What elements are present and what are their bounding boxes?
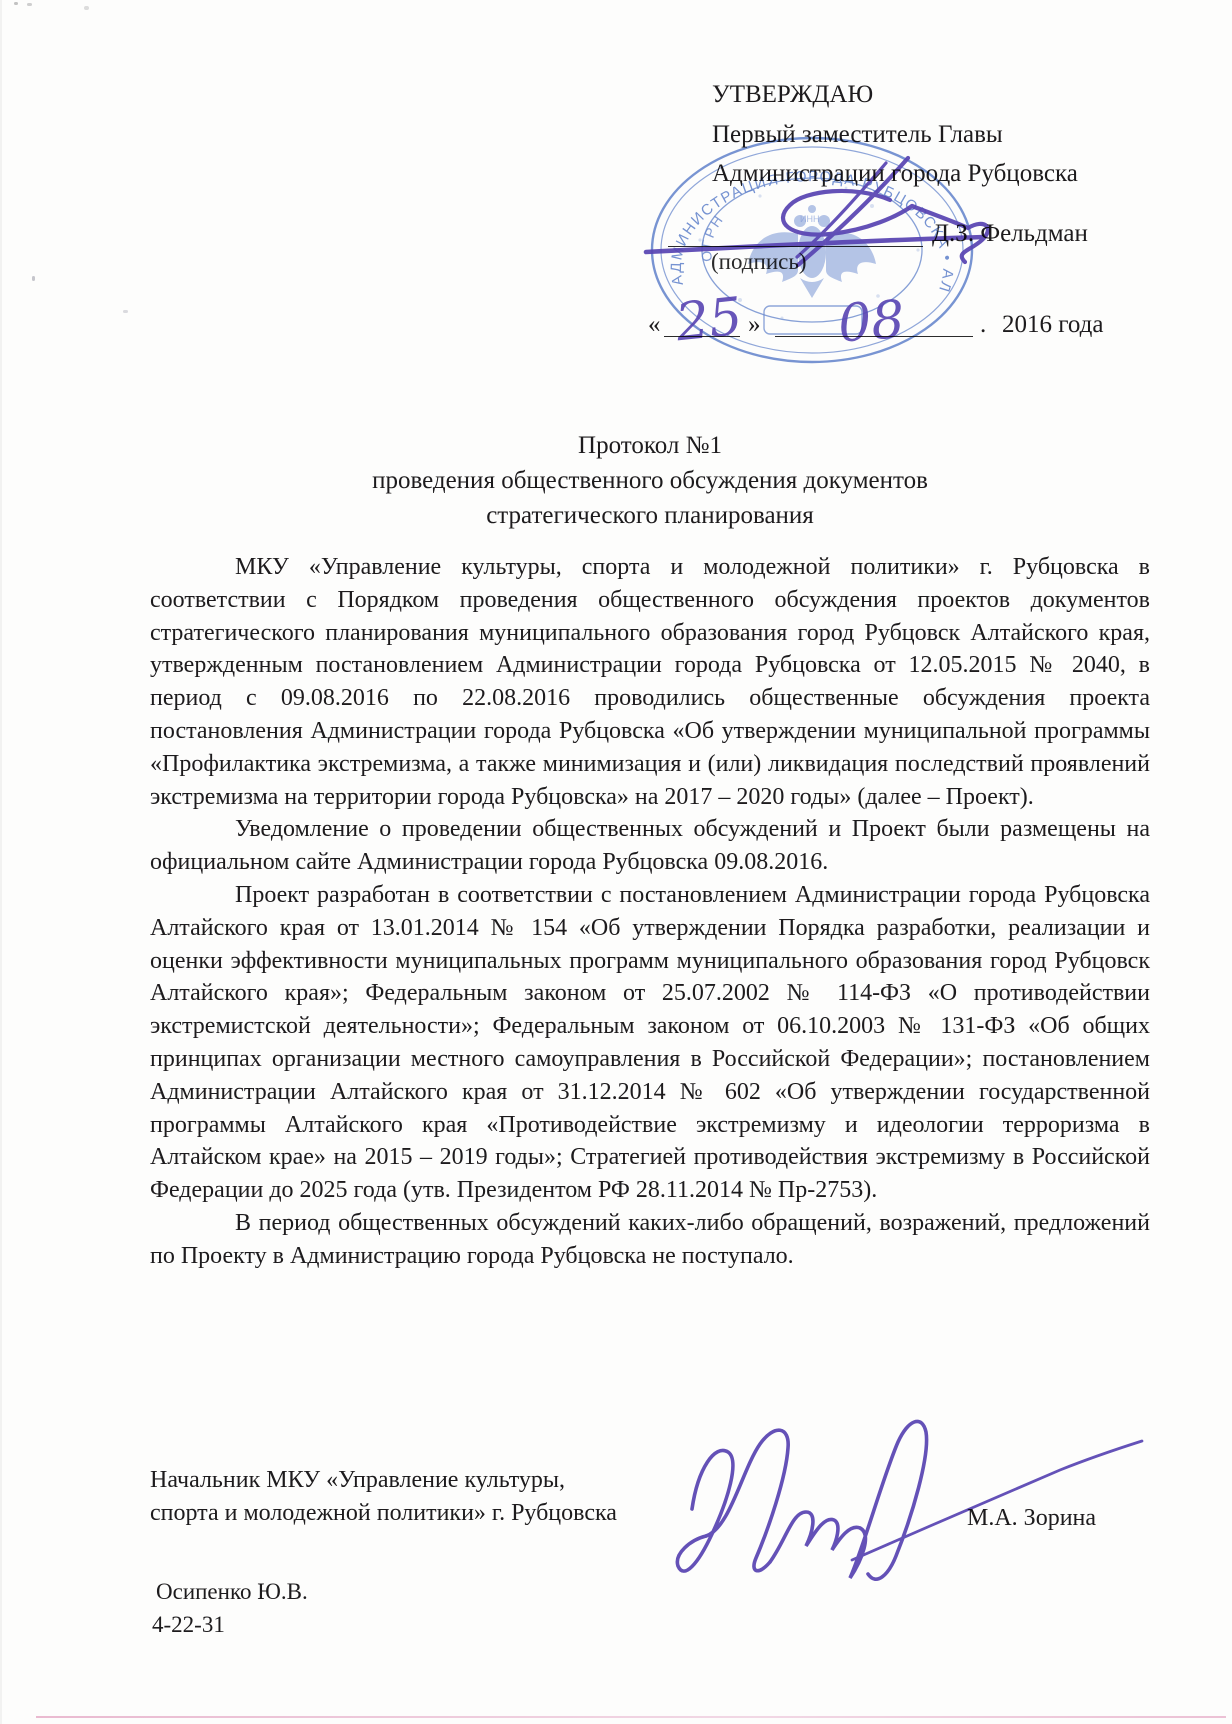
body-paragraph: В период общественных обсуждений каких-л… xyxy=(150,1207,1150,1273)
scan-speck xyxy=(14,2,18,5)
date-day-line xyxy=(664,312,740,337)
scan-bottom-line-artifact xyxy=(36,1716,1226,1718)
body-paragraph: Уведомление о проведении общественных об… xyxy=(150,813,1150,879)
executor-name: Осипенко Ю.В. xyxy=(156,1576,308,1608)
date-quote-close: » xyxy=(748,311,761,339)
executor-phone: 4-22-31 xyxy=(152,1609,225,1641)
signer-name: М.А. Зорина xyxy=(967,1502,1096,1535)
date-quote-open: « xyxy=(648,311,661,339)
document-title: Протокол №1 проведения общественного обс… xyxy=(150,428,1150,533)
approval-word: УТВЕРЖДАЮ xyxy=(712,80,873,110)
signature-line xyxy=(668,222,923,247)
signature-caption: (подпись) xyxy=(711,249,806,275)
approver-title-line2: Администрации города Рубцовска xyxy=(712,159,1078,189)
scan-speck xyxy=(27,3,32,6)
title-line3: стратегического планирования xyxy=(150,498,1150,533)
date-separator: . xyxy=(980,311,986,339)
document-page: УТВЕРЖДАЮ Первый заместитель Главы Админ… xyxy=(0,0,1232,1724)
scan-speck xyxy=(84,6,89,10)
scan-speck xyxy=(32,276,35,281)
scan-edge-artifact xyxy=(0,0,2,1724)
approver-title-line1: Первый заместитель Главы xyxy=(712,120,1003,150)
signer-title-line2: спорта и молодежной политики» г. Рубцовс… xyxy=(150,1497,617,1530)
scan-speck xyxy=(123,310,128,313)
title-line2: проведения общественного обсуждения доку… xyxy=(150,463,1150,498)
document-body: МКУ «Управление культуры, спорта и молод… xyxy=(150,551,1150,1273)
title-line1: Протокол №1 xyxy=(150,428,1150,463)
approver-name: Д.З. Фельдман xyxy=(932,219,1088,249)
signer-signature-handwriting xyxy=(677,1421,1142,1579)
body-paragraph: Проект разработан в соответствии с поста… xyxy=(150,879,1150,1207)
date-month-line xyxy=(775,312,973,337)
body-paragraph: МКУ «Управление культуры, спорта и молод… xyxy=(150,551,1150,813)
date-year-label: 2016 года xyxy=(1002,311,1103,339)
signer-title-line1: Начальник МКУ «Управление культуры, xyxy=(150,1464,565,1497)
